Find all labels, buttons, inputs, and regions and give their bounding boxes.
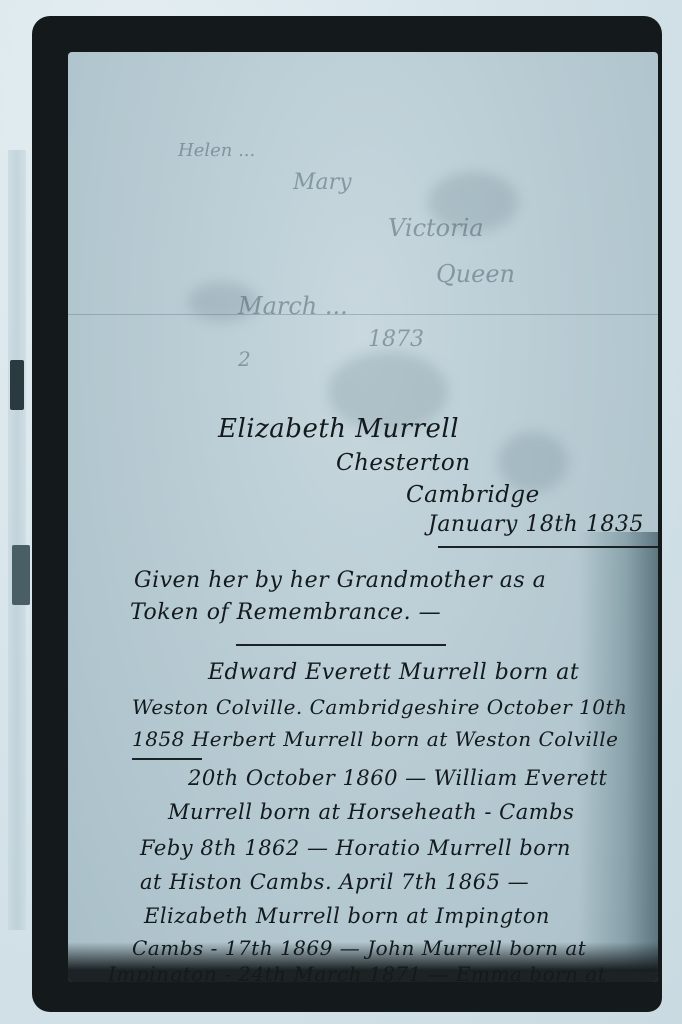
owner-place-2: Cambridge xyxy=(406,482,540,508)
book-cover-frame: Helen ... Mary Victoria Queen March ... … xyxy=(32,16,662,1012)
pencil-note: 2 xyxy=(238,347,251,371)
pencil-note: Queen xyxy=(436,260,515,288)
birth-record-line: 20th October 1860 — William Everett xyxy=(188,766,607,790)
inscription-date: January 18th 1835 xyxy=(428,512,644,537)
birth-record-line: Edward Everett Murrell born at xyxy=(208,660,579,685)
pencil-note: 1873 xyxy=(368,327,424,352)
owner-name: Elizabeth Murrell xyxy=(218,414,459,444)
binding-shadow xyxy=(68,942,658,982)
flyleaf-page: Helen ... Mary Victoria Queen March ... … xyxy=(68,52,658,982)
water-damage-edge xyxy=(578,532,658,972)
pencil-note: Victoria xyxy=(388,214,484,242)
birth-record-line: Elizabeth Murrell born at Impington xyxy=(144,904,550,928)
birth-record-line: at Histon Cambs. April 7th 1865 — xyxy=(140,870,529,894)
pencil-note: Helen ... xyxy=(178,140,255,161)
owner-place-1: Chesterton xyxy=(336,450,471,476)
pencil-note: Mary xyxy=(293,170,352,195)
birth-record-line: Murrell born at Horseheath - Cambs xyxy=(168,800,574,824)
dedication-line: Token of Remembrance. — xyxy=(130,600,441,625)
pencil-note: March ... xyxy=(238,292,348,320)
section-divider xyxy=(236,644,446,646)
margin-bracket xyxy=(132,758,202,760)
spine-tear-mark xyxy=(10,360,24,410)
birth-record-line: Feby 8th 1862 — Horatio Murrell born xyxy=(140,836,571,860)
birth-record-line: 1858 Herbert Murrell born at Weston Colv… xyxy=(132,727,619,751)
book-spine-edge xyxy=(8,150,26,930)
dedication-line: Given her by her Grandmother as a xyxy=(134,568,546,593)
date-underline xyxy=(438,546,658,548)
spine-label-mark xyxy=(12,545,30,605)
birth-record-line: Weston Colville. Cambridgeshire October … xyxy=(132,695,627,719)
page-fold-line xyxy=(68,314,658,315)
